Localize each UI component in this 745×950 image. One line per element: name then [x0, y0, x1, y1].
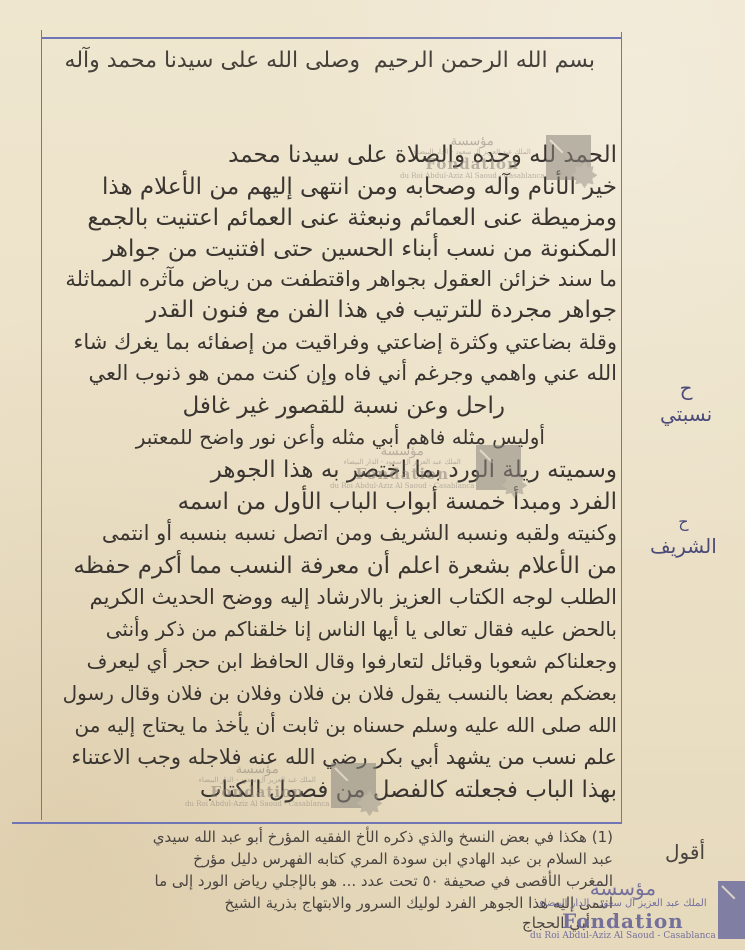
frame-bottom-rule: [12, 822, 622, 824]
body-line-2: خير الأنام وآله وصحابه ومن انتهى إليهم م…: [102, 174, 617, 200]
body-line-8: الله عني واهمي وجرغم أني فاه وإن كنت ممن…: [88, 361, 617, 385]
manuscript-page: بسم الله الرحمن الرحيم وصلى الله على سيد…: [0, 0, 745, 950]
frame-right-rule: [621, 32, 622, 824]
margin-note-1-text: نسبتي: [660, 401, 712, 427]
body-line-17: وجعلناكم شعوبا وقبائل لتعارفوا وقال الحا…: [87, 649, 617, 673]
salutation: وصلى الله على سيدنا محمد وآله: [65, 48, 360, 73]
body-line-1: الحمد لله وحده والصلاة على سيدنا محمد: [228, 142, 617, 168]
frame-left-rule: [41, 30, 42, 820]
margin-note-2-mark: ح: [650, 512, 717, 533]
footnote-line-5: أبي الحجاج: [522, 914, 590, 932]
footnote-line-3: المغرب الأقصى في صحيفة ٥٠ تحت عدد ... هو…: [155, 872, 613, 890]
body-line-4: المكنونة من نسب أبناء الحسين حتى افتنيت …: [103, 236, 617, 262]
watermark-sub: du Roi Abdul-Aziz Al Saoud - Casablanca: [530, 932, 716, 942]
body-line-6: جواهر مجردة للترتيب في هذا الفن مع فنون …: [146, 297, 617, 323]
body-line-11: وسميته ريلة الورد بما اختصر به هذا الجوه…: [211, 457, 617, 483]
body-line-10: أوليس مثله فاهم أبي مثله وأعن نور واضح ل…: [136, 425, 545, 449]
body-line-9: راحل وعن نسبة للقصور غير غافل: [182, 393, 505, 419]
body-line-16: بالحض عليه فقال تعالى يا أيها الناس إنا …: [106, 617, 617, 641]
body-line-14: من الأعلام بشعرة اعلم أن معرفة النسب مما…: [73, 553, 617, 579]
footnote-line-4: انتمى إليه هذا الجوهر الفرد لوليك السرور…: [225, 894, 613, 912]
footnote-line-2: عبد السلام بن عبد الهادي ابن سودة المري …: [193, 850, 613, 868]
basmala: بسم الله الرحمن الرحيم: [374, 48, 595, 73]
margin-note-2-text: الشريف: [650, 533, 717, 559]
body-line-5: ما سند خزائن العقول بجواهر واقتطفت من ري…: [65, 267, 617, 291]
body-line-20: علم نسب من يشهد أبي بكر رضي الله عنه فلا…: [71, 745, 617, 769]
margin-note-2: ح الشريف: [650, 512, 717, 559]
body-line-12: الفرد ومبدأ خمسة أبواب الباب الأول من اس…: [178, 489, 617, 515]
body-line-15: الطلب لوجه الكتاب العزيز بالارشاد إليه و…: [90, 585, 617, 609]
footnote-margin-word: أقول: [665, 840, 705, 864]
body-line-7: وقلة بضاعتي وكثرة إضاعتي وفراقيت من إصفا…: [73, 330, 617, 354]
frame-top-rule-full: [41, 37, 622, 39]
body-line-21: بهذا الباب فجعلته كالفصل من فصول الكتاب: [200, 777, 617, 803]
body-line-18: بعضكم بعضا بالنسب يقول فلان بن فلان وفلا…: [63, 681, 617, 705]
margin-note-1-mark: ح: [660, 375, 712, 401]
body-line-13: وكنيته ولقبه ونسبه الشريف ومن اتصل نسبه …: [102, 521, 617, 545]
foundation-logo-icon: [718, 881, 745, 939]
body-line-19: الله صلى الله عليه وسلم حسناه بن ثابت أن…: [75, 713, 617, 737]
margin-note-1: ح نسبتي: [660, 375, 712, 427]
footnote-line-1: (1) هكذا في بعض النسخ والذي ذكره الأخ ال…: [153, 828, 613, 846]
body-line-3: ومزميطة عنى العمائم ونبعثة عنى العمائم ا…: [87, 205, 617, 231]
